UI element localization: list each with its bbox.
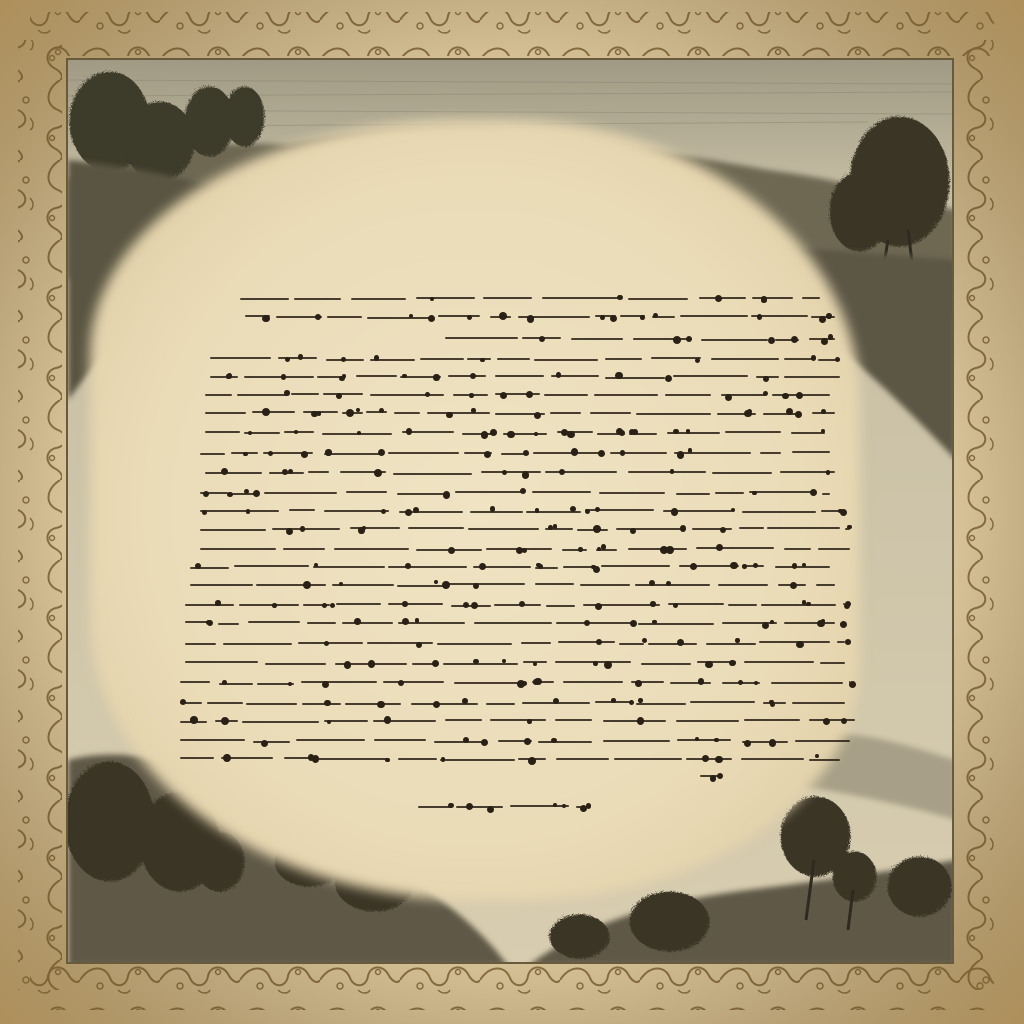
script-glyph <box>763 376 769 382</box>
script-stroke <box>468 528 539 530</box>
script-glyph <box>752 491 757 496</box>
script-stroke <box>239 604 299 606</box>
script-stroke <box>200 453 225 455</box>
script-glyph <box>673 429 679 435</box>
script-glyph <box>261 740 268 747</box>
script-glyph <box>398 680 404 686</box>
script-glyph <box>434 580 438 584</box>
script-glyph <box>479 563 486 570</box>
script-glyph <box>690 563 697 570</box>
script-stroke <box>248 621 300 623</box>
script-stroke <box>307 622 336 624</box>
script-glyph <box>840 509 847 516</box>
script-stroke <box>265 663 326 665</box>
script-glyph <box>744 740 751 747</box>
script-stroke <box>676 720 739 722</box>
script-glyph <box>551 738 556 743</box>
script-glyph <box>630 620 637 627</box>
script-glyph <box>402 601 408 607</box>
script-stroke <box>420 358 464 360</box>
script-glyph <box>374 469 382 477</box>
script-glyph <box>725 394 732 401</box>
script-glyph <box>742 564 747 569</box>
script-stroke <box>761 604 836 606</box>
script-stroke <box>497 358 530 360</box>
script-glyph <box>757 314 763 320</box>
script-glyph <box>769 700 773 704</box>
script-stroke <box>544 394 588 396</box>
script-stroke <box>636 703 686 705</box>
script-stroke <box>200 510 279 512</box>
script-glyph <box>448 803 454 809</box>
script-stroke <box>594 394 657 396</box>
script-stroke <box>483 297 532 299</box>
script-glyph <box>402 374 407 379</box>
script-stroke <box>301 681 377 683</box>
script-stroke <box>744 719 800 721</box>
script-glyph <box>368 660 376 668</box>
script-stroke <box>185 661 258 663</box>
script-glyph <box>284 390 289 395</box>
script-stroke <box>185 643 216 645</box>
script-stroke <box>699 297 746 299</box>
script-glyph <box>339 582 343 586</box>
script-stroke <box>633 338 693 340</box>
script-stroke <box>481 471 541 473</box>
script-glyph <box>716 544 723 551</box>
script-glyph <box>769 739 776 746</box>
script-stroke <box>388 452 460 454</box>
script-glyph <box>635 680 641 686</box>
script-glyph <box>336 393 342 399</box>
script-stroke <box>545 471 617 473</box>
script-stroke <box>393 473 472 475</box>
script-stroke <box>752 297 793 299</box>
script-stroke <box>784 376 840 378</box>
script-glyph <box>600 315 605 320</box>
script-glyph <box>341 357 346 362</box>
script-stroke <box>264 492 337 494</box>
script-glyph <box>262 408 270 416</box>
script-stroke <box>486 703 515 705</box>
script-glyph <box>586 803 591 808</box>
script-stroke <box>210 376 238 378</box>
script-stroke <box>628 298 688 300</box>
script-glyph <box>640 315 645 320</box>
script-stroke <box>701 339 768 341</box>
script-glyph <box>637 717 644 724</box>
script-stroke <box>445 337 518 339</box>
script-glyph <box>202 510 207 515</box>
script-stroke <box>558 641 615 643</box>
script-stroke <box>418 806 451 808</box>
script-stroke <box>628 471 706 473</box>
script-glyph <box>761 296 767 302</box>
script-stroke <box>809 759 840 761</box>
script-stroke <box>327 316 361 318</box>
script-stroke <box>837 641 845 643</box>
script-stroke <box>816 584 835 586</box>
script-stroke <box>711 358 779 360</box>
script-glyph <box>221 717 229 725</box>
script-stroke <box>283 548 325 550</box>
script-glyph <box>823 718 830 725</box>
script-stroke <box>555 719 592 721</box>
script-stroke <box>690 701 755 703</box>
script-glyph <box>526 391 533 398</box>
script-glyph <box>519 601 525 607</box>
script-stroke <box>291 393 320 395</box>
script-glyph <box>533 662 537 666</box>
script-stroke <box>673 375 748 377</box>
script-glyph <box>632 429 638 435</box>
script-glyph <box>463 602 469 608</box>
script-glyph <box>591 565 595 569</box>
script-stroke <box>712 472 771 474</box>
script-stroke <box>725 431 780 433</box>
script-glyph <box>559 469 565 475</box>
script-stroke <box>467 358 491 360</box>
script-glyph <box>680 525 687 532</box>
script-stroke <box>696 547 775 549</box>
script-glyph <box>469 393 473 397</box>
script-stroke <box>542 297 620 299</box>
script-stroke <box>792 451 830 453</box>
script-glyph <box>356 408 360 412</box>
script-stroke <box>670 682 711 684</box>
script-glyph <box>556 372 561 377</box>
script-glyph <box>763 391 768 396</box>
script-glyph <box>190 716 198 724</box>
script-glyph <box>528 757 536 765</box>
script-stroke <box>674 452 751 454</box>
script-stroke <box>180 757 214 759</box>
script-glyph <box>686 336 692 342</box>
script-glyph <box>652 620 656 624</box>
script-glyph <box>768 337 775 344</box>
script-stroke <box>563 566 594 568</box>
script-stroke <box>356 375 397 377</box>
script-stroke <box>820 662 845 664</box>
script-glyph <box>744 410 751 417</box>
script-glyph <box>534 412 542 420</box>
script-stroke <box>180 681 210 683</box>
script-stroke <box>676 493 710 495</box>
script-glyph <box>378 449 385 456</box>
script-stroke <box>367 317 433 319</box>
script-glyph <box>471 408 476 413</box>
script-stroke <box>298 642 363 644</box>
script-glyph <box>317 411 321 415</box>
script-stroke <box>510 805 569 807</box>
script-glyph <box>413 507 419 513</box>
script-stroke <box>784 548 811 550</box>
script-stroke <box>605 358 642 360</box>
script-stroke <box>205 431 240 433</box>
script-glyph <box>524 738 531 745</box>
script-stroke <box>680 315 747 317</box>
script-glyph <box>629 700 634 705</box>
script-glyph <box>653 313 658 318</box>
script-glyph <box>405 563 411 569</box>
script-glyph <box>430 297 435 302</box>
script-stroke <box>345 703 401 705</box>
script-glyph <box>695 358 701 364</box>
script-glyph <box>730 562 737 569</box>
script-stroke <box>448 375 487 377</box>
script-stroke <box>802 297 820 299</box>
script-stroke <box>533 452 603 454</box>
script-stroke <box>324 510 389 512</box>
script-stroke <box>240 298 289 300</box>
script-glyph <box>811 355 816 360</box>
script-stroke <box>454 682 525 684</box>
script-glyph <box>428 315 435 322</box>
script-stroke <box>767 527 840 529</box>
script-stroke <box>546 605 575 607</box>
script-stroke <box>237 394 287 396</box>
script-glyph <box>385 758 389 762</box>
script-stroke <box>440 759 515 761</box>
script-stroke <box>416 297 475 299</box>
script-glyph <box>471 602 478 609</box>
script-stroke <box>373 720 435 722</box>
script-stroke <box>605 377 665 379</box>
script-glyph <box>616 428 623 435</box>
script-glyph <box>285 357 290 362</box>
script-stroke <box>185 604 234 606</box>
script-glyph <box>446 412 453 419</box>
script-glyph <box>792 563 797 568</box>
script-stroke <box>294 298 341 300</box>
script-stroke <box>616 528 682 530</box>
script-stroke <box>437 643 512 645</box>
script-glyph <box>835 357 840 362</box>
script-stroke <box>313 566 385 568</box>
script-stroke <box>205 394 232 396</box>
script-stroke <box>346 491 387 493</box>
script-glyph <box>324 700 330 706</box>
script-stroke <box>677 739 732 741</box>
script-stroke <box>784 358 812 360</box>
script-glyph <box>354 618 361 625</box>
script-stroke <box>190 584 253 586</box>
script-glyph <box>253 490 260 497</box>
script-stroke <box>324 453 382 455</box>
script-stroke <box>252 411 295 413</box>
script-glyph <box>516 547 523 554</box>
script-glyph <box>841 718 847 724</box>
script-stroke <box>495 375 544 377</box>
script-stroke <box>619 643 644 645</box>
script-glyph <box>314 563 318 567</box>
script-glyph <box>281 374 287 380</box>
script-stroke <box>538 741 592 743</box>
script-glyph <box>268 451 273 456</box>
script-glyph <box>791 336 798 343</box>
script-stroke <box>562 549 587 551</box>
script-glyph <box>705 661 713 669</box>
script-glyph <box>642 638 647 643</box>
script-glyph <box>561 429 568 436</box>
script-stroke <box>210 357 271 359</box>
script-stroke <box>246 703 296 705</box>
script-glyph <box>677 639 684 646</box>
script-glyph <box>650 601 656 607</box>
document-page <box>0 0 1024 1024</box>
script-glyph <box>738 680 743 685</box>
script-stroke <box>521 642 551 644</box>
script-stroke <box>411 703 479 705</box>
script-glyph <box>300 526 305 531</box>
script-stroke <box>370 394 443 396</box>
script-glyph <box>248 431 253 436</box>
script-stroke <box>599 492 665 494</box>
script-stroke <box>715 492 744 494</box>
script-stroke <box>205 472 262 474</box>
script-stroke <box>610 452 667 454</box>
script-glyph <box>595 603 602 610</box>
script-glyph <box>282 469 288 475</box>
script-stroke <box>398 758 437 760</box>
script-glyph <box>500 392 507 399</box>
script-glyph <box>425 392 430 397</box>
script-glyph <box>595 507 600 512</box>
script-glyph <box>322 603 327 608</box>
script-glyph <box>344 661 351 668</box>
script-stroke <box>718 584 768 586</box>
script-stroke <box>739 527 764 529</box>
script-stroke <box>388 566 467 568</box>
script-glyph <box>243 452 248 457</box>
script-glyph <box>402 618 409 625</box>
script-glyph <box>221 468 228 475</box>
script-glyph <box>415 618 419 622</box>
script-glyph <box>223 754 231 762</box>
script-stroke <box>470 511 523 513</box>
script-glyph <box>630 528 636 534</box>
script-glyph <box>481 739 488 746</box>
script-glyph <box>702 755 709 762</box>
script-glyph <box>790 582 797 589</box>
script-stroke <box>686 758 732 760</box>
script-stroke <box>374 739 426 741</box>
script-glyph <box>578 547 583 552</box>
script-glyph <box>593 661 598 666</box>
script-glyph <box>520 488 526 494</box>
script-glyph <box>840 621 847 628</box>
script-stroke <box>771 682 843 684</box>
script-stroke <box>580 584 631 586</box>
script-stroke <box>449 583 525 585</box>
script-glyph <box>715 295 722 302</box>
script-glyph <box>598 450 605 457</box>
script-stroke <box>445 719 482 721</box>
script-glyph <box>298 354 304 360</box>
script-glyph <box>539 336 545 342</box>
script-glyph <box>688 448 692 452</box>
script-glyph <box>443 491 451 499</box>
script-stroke <box>728 604 757 606</box>
script-glyph <box>584 620 590 626</box>
script-glyph <box>571 448 578 455</box>
script-glyph <box>325 449 331 455</box>
script-glyph <box>262 315 270 323</box>
script-stroke <box>438 315 479 317</box>
script-glyph <box>322 681 329 688</box>
script-glyph <box>553 698 559 704</box>
script-stroke <box>318 758 387 760</box>
script-glyph <box>762 622 769 629</box>
script-glyph <box>490 429 497 436</box>
script-stroke <box>383 681 444 683</box>
script-glyph <box>845 639 851 645</box>
script-glyph <box>462 698 468 704</box>
script-stroke <box>256 584 326 586</box>
script-glyph <box>308 754 315 761</box>
script-glyph <box>698 678 705 685</box>
script-stroke <box>760 452 781 454</box>
script-glyph <box>406 428 413 435</box>
script-glyph <box>782 393 788 399</box>
script-stroke <box>456 806 503 808</box>
script-stroke <box>302 703 341 705</box>
script-stroke <box>809 719 855 721</box>
script-stroke <box>550 412 581 414</box>
script-glyph <box>686 429 690 433</box>
script-stroke <box>741 758 804 760</box>
script-stroke <box>638 623 714 625</box>
script-glyph <box>673 603 678 608</box>
script-glyph <box>815 754 819 758</box>
script-stroke <box>563 681 623 683</box>
script-glyph <box>536 563 541 568</box>
script-glyph <box>810 489 817 496</box>
script-glyph <box>585 509 590 514</box>
script-glyph <box>487 806 494 813</box>
script-stroke <box>296 739 365 741</box>
script-glyph <box>203 491 209 497</box>
script-stroke <box>388 603 443 605</box>
script-stroke <box>351 298 406 300</box>
script-glyph <box>467 315 472 320</box>
script-glyph <box>244 489 249 494</box>
script-stroke <box>636 413 711 415</box>
script-glyph <box>795 411 802 418</box>
script-glyph <box>731 508 735 512</box>
script-stroke <box>342 622 392 624</box>
script-glyph <box>358 527 364 533</box>
script-stroke <box>706 643 755 645</box>
script-stroke <box>692 528 732 530</box>
script-stroke <box>218 623 239 625</box>
script-glyph <box>466 803 473 810</box>
script-stroke <box>590 412 630 414</box>
script-glyph <box>720 527 726 533</box>
script-glyph <box>416 642 422 648</box>
script-glyph <box>673 336 681 344</box>
script-glyph <box>448 547 455 554</box>
script-stroke <box>397 585 443 587</box>
script-stroke <box>601 565 670 567</box>
script-glyph <box>729 660 736 667</box>
script-stroke <box>603 720 665 722</box>
script-glyph <box>432 660 439 667</box>
script-glyph <box>826 313 831 318</box>
script-stroke <box>571 338 623 340</box>
script-glyph <box>374 355 380 361</box>
script-stroke <box>474 622 552 624</box>
